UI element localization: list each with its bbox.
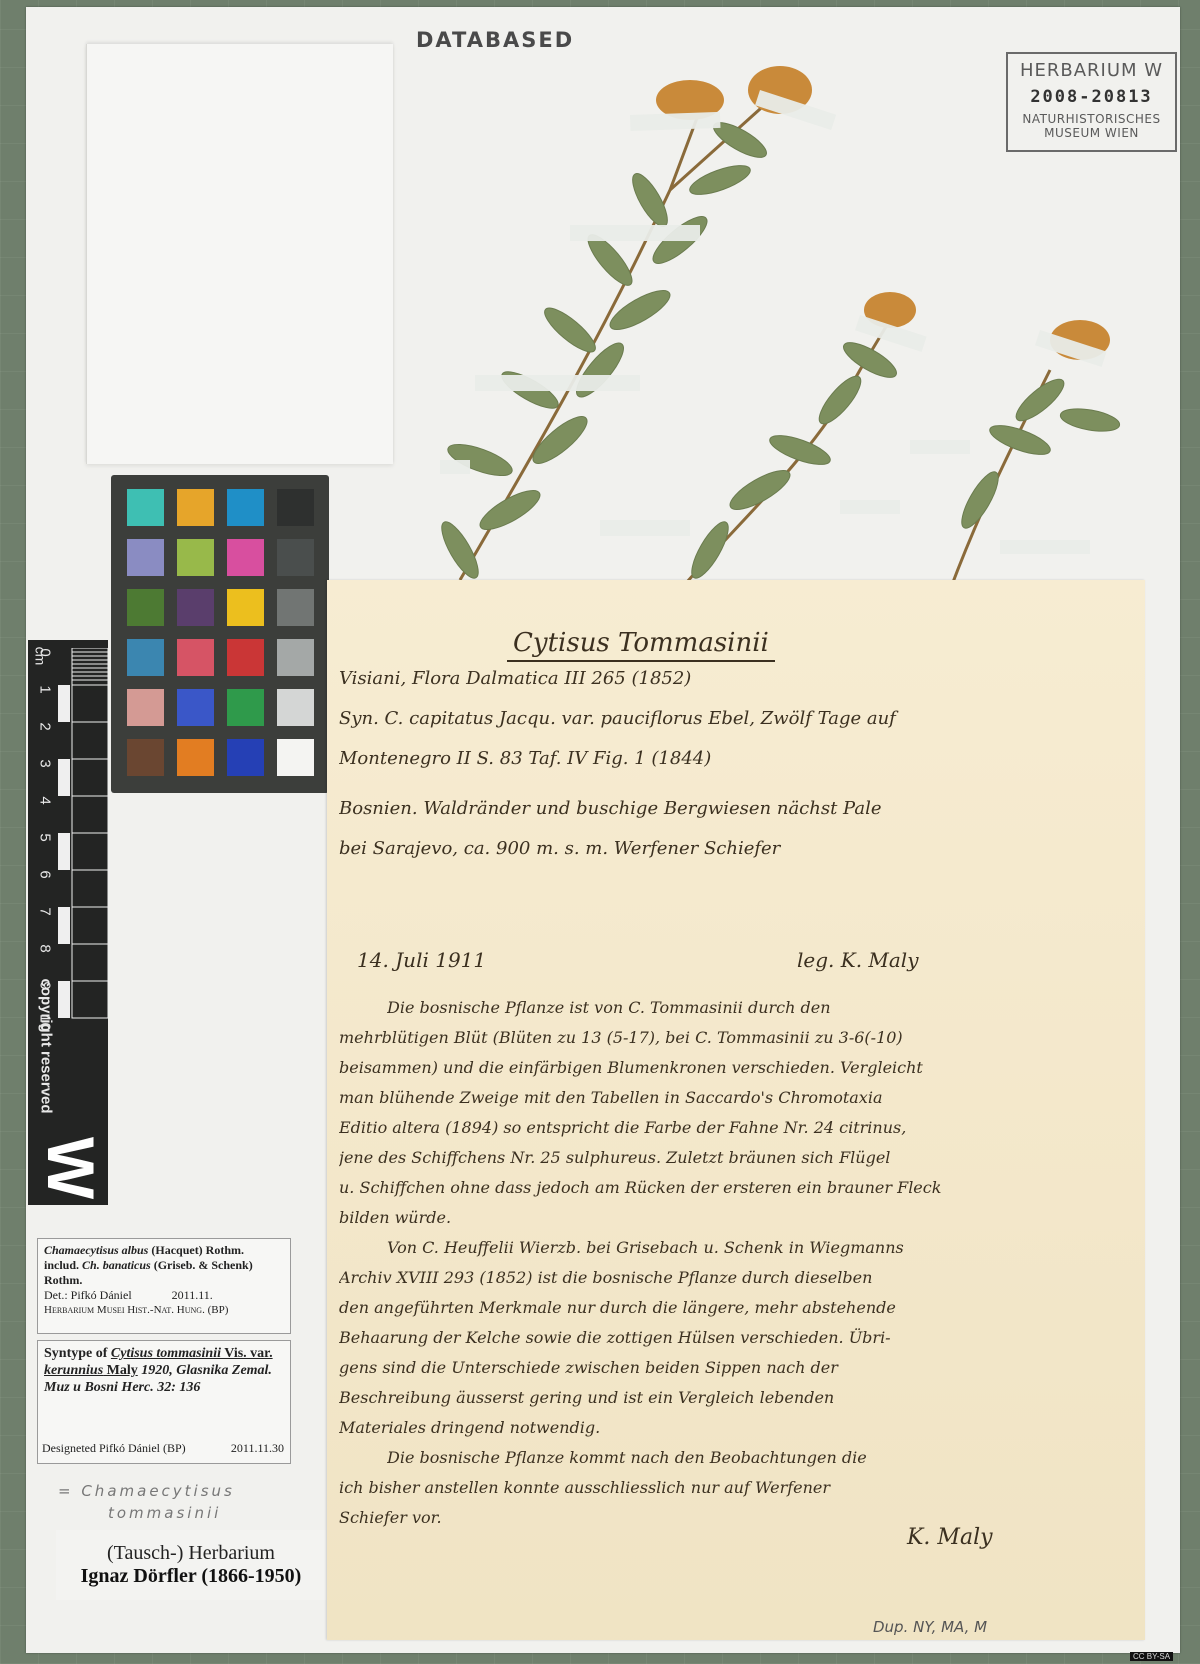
letter-body-line: mehrblütigen Blüt (Blüten zu 13 (5-17), …: [339, 1028, 1129, 1047]
ruler-tick-label: 2: [37, 716, 54, 738]
color-swatch: [227, 639, 264, 676]
collection-date: 14. Juli 1911: [357, 948, 1129, 972]
letter-body-line: Schiefer vor.: [339, 1508, 1129, 1527]
letter-body-line: Archiv XVIII 293 (1852) ist die bosnisch…: [339, 1268, 1129, 1287]
letter-body-line: Die bosnische Pflanze ist von C. Tommasi…: [387, 998, 1129, 1017]
ruler-tick-label: 3: [37, 753, 54, 775]
herbarium-name: (Tausch-) Herbarium: [56, 1542, 326, 1565]
letter-body-line: bilden würde.: [339, 1208, 1129, 1227]
color-swatch: [127, 539, 164, 576]
color-calibration-chart: [111, 475, 329, 793]
pencil-annotation: = Chamaecytisus tommasinii: [58, 1480, 235, 1524]
color-swatch: [277, 739, 314, 776]
letter-body-line: Beschreibung äusserst gering und ist ein…: [339, 1388, 1129, 1407]
ruler-scale-bars: [58, 648, 108, 1023]
letter-header-line: bei Sarajevo, ca. 900 m. s. m. Werfener …: [339, 838, 1129, 859]
letter-body-line: Editio altera (1894) so entspricht die F…: [339, 1118, 1129, 1137]
letter-body-line: u. Schiffchen ohne dass jedoch am Rücken…: [339, 1178, 1129, 1197]
letter-body-line: Behaarung der Kelche sowie die zottigen …: [339, 1328, 1129, 1347]
determination-label: Chamaecytisus albus (Hacquet) Rothm. inc…: [37, 1238, 291, 1334]
color-swatch: [227, 739, 264, 776]
letter-body-line: Die bosnische Pflanze kommt nach den Beo…: [387, 1448, 1129, 1467]
ruler-tick-label: 1: [37, 679, 54, 701]
fragment-envelope: [86, 44, 393, 464]
ruler-tick-label: 0: [37, 642, 54, 664]
dorfler-herbarium-label: (Tausch-) Herbarium Ignaz Dörfler (1866-…: [56, 1530, 326, 1600]
letter-body-line: man blühende Zweige mit den Tabellen in …: [339, 1088, 1129, 1107]
determination-date: 2011.11.: [172, 1288, 213, 1303]
color-swatch: [277, 539, 314, 576]
color-swatch: [277, 689, 314, 726]
taxon-name-2: Ch. banaticus: [82, 1258, 151, 1272]
letter-body-line: Von C. Heuffelii Wierzb. bei Grisebach u…: [387, 1238, 1129, 1257]
color-swatch: [277, 489, 314, 526]
letter-signature: K. Maly: [907, 1525, 993, 1550]
letter-body-line: beisammen) und die einfärbigen Blumenkro…: [339, 1058, 1129, 1077]
determiner: Det.: Pifkó Dániel: [44, 1288, 132, 1303]
color-swatch: [227, 489, 264, 526]
letter-body-line: Materiales dringend notwendig.: [339, 1418, 1129, 1437]
pressed-plant-specimen: [440, 40, 1140, 590]
color-swatch: [127, 489, 164, 526]
letter-header-line: Visiani, Flora Dalmatica III 265 (1852): [339, 668, 1129, 689]
color-swatch: [177, 539, 214, 576]
collector: leg. K. Maly: [797, 948, 919, 972]
license-badge: CC BY-SA: [1130, 1652, 1173, 1661]
letter-body-line: den angeführten Merkmale nur durch die l…: [339, 1298, 1129, 1317]
color-swatch: [177, 589, 214, 626]
color-swatch: [177, 739, 214, 776]
designation-date: 2011.11.30: [231, 1440, 284, 1457]
letter-body-line: ich bisher anstellen konnte ausschliessl…: [339, 1478, 1129, 1497]
herbarium-owner: Ignaz Dörfler (1866-1950): [56, 1565, 326, 1588]
syntype-label: Syntype of Cytisus tommasinii Vis. var. …: [37, 1340, 291, 1464]
color-swatch: [227, 589, 264, 626]
determination-institution: Herbarium Musei Hist.-Nat. Hung. (BP): [44, 1303, 284, 1318]
color-swatch: [127, 739, 164, 776]
color-swatch: [227, 539, 264, 576]
ruler-tick-label: 6: [37, 864, 54, 886]
letter-title: Cytisus Tommasinii: [507, 628, 775, 662]
ruler-tick-label: 7: [37, 901, 54, 923]
scale-ruler: cm 012345678910 copyright reserved W: [28, 640, 108, 1205]
duplicates-note: Dup. NY, MA, M: [873, 1618, 987, 1636]
letter-body-line: jene des Schiffchens Nr. 25 sulphureus. …: [339, 1148, 1129, 1167]
color-swatch: [177, 639, 214, 676]
taxon-name-1: Chamaecytisus albus: [44, 1243, 148, 1257]
letter-header-line: Montenegro II S. 83 Taf. IV Fig. 1 (1844…: [339, 748, 1129, 769]
color-swatch: [127, 589, 164, 626]
color-swatch: [177, 689, 214, 726]
letter-header-line: Bosnien. Waldränder und buschige Bergwie…: [339, 798, 1129, 819]
ruler-tick-label: 8: [37, 938, 54, 960]
handwritten-letter: Cytisus Tommasinii Visiani, Flora Dalmat…: [327, 580, 1145, 1640]
ruler-tick-label: 5: [37, 827, 54, 849]
ruler-tick-label: 4: [37, 790, 54, 812]
color-swatch: [277, 589, 314, 626]
copyright-notice: copyright reserved: [38, 979, 55, 1139]
color-swatch: [277, 639, 314, 676]
herbarium-w-logo: W: [38, 1137, 104, 1199]
letter-body-line: gens sind die Unterschiede zwischen beid…: [339, 1358, 1129, 1377]
designated-by: Designeted Pifkó Dániel (BP): [42, 1440, 186, 1457]
color-swatch: [227, 689, 264, 726]
color-swatch: [127, 689, 164, 726]
color-swatch: [127, 639, 164, 676]
color-swatch: [177, 489, 214, 526]
letter-header-line: Syn. C. capitatus Jacqu. var. paucifloru…: [339, 708, 1129, 729]
syntype-taxon: Cytisus tommasinii: [111, 1346, 221, 1361]
